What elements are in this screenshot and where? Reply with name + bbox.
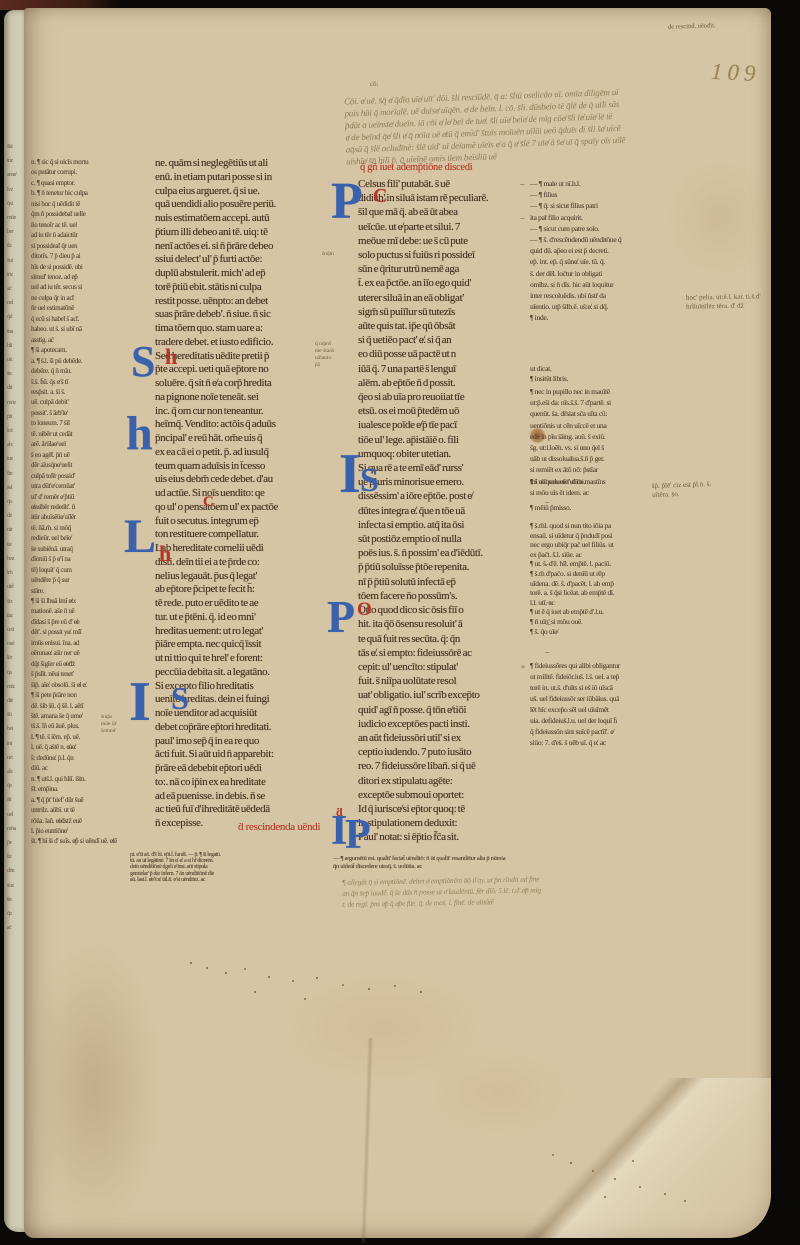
text-line: s̄. der dēl. loc̄tur in obligati	[530, 268, 621, 279]
text-line: restit posse. uēnpto: an debet	[155, 295, 353, 309]
text-line: ue pluris minorisue emero.	[358, 475, 538, 489]
text-line: si q̄ uetiēo pact' e̸. si q̄ an	[358, 333, 538, 347]
text-line: us̄. uel fideiussōr ser iūbāius. quā	[530, 693, 620, 704]
initial-C-celsus: C	[373, 186, 387, 206]
text-line: untrilz. aūbī. ut tē	[31, 805, 155, 815]
text-line: uel ad iu tēr. secus si	[31, 282, 155, 292]
text-line: dēt'. si possit ye̸. mlī	[31, 627, 155, 637]
text-line: dēr aīusq̄ne̸ uelit	[31, 460, 155, 470]
text-line: mōe q̄t'	[101, 721, 117, 728]
right-gloss-entry-5: ¶ mēiū p̄misso.	[530, 503, 571, 512]
right-margin-note-1: hoc' pelia. ut:ē.l. kar. ti.s̄.d'hrliuīn…	[686, 292, 761, 311]
text-line: tur. ut e p̄tēni. q̄. id eo mni'	[155, 611, 353, 625]
text-line: tē rede. puto er uēdito te ae	[155, 597, 353, 611]
text-line: poēs ius. s̄. n̄ possim' ea d'iēdūtī.	[358, 546, 538, 560]
text-line: l. ¶ tē. s̄ iēm. ep̄. uē.	[31, 732, 155, 742]
text-line: culpa eius argueret. q̄ si ue.	[155, 185, 353, 199]
text-line: dūtes integra e̸. q̄ue n tōe uā	[358, 504, 538, 518]
text-line: nelius legauāt. p̄us q̄ legat'	[155, 570, 353, 584]
text-line: p̄rāre eā debebit ep̄tori uēdi	[155, 762, 353, 776]
text-line: uēndēre p̄ q̄ sur	[31, 575, 155, 585]
text-line: sigm̄ sū puiīlur sū tutezīs	[358, 305, 538, 319]
text-line: p̄tium illi debeo ani tē. uiq: tē	[155, 226, 353, 240]
initial-h-margin: h	[126, 410, 153, 458]
text-line: quā uendidi alio posuēre periū.	[155, 198, 353, 212]
text-line: fuit. s̄ niīpa uolūtate resol	[358, 674, 538, 688]
text-line: s̄t. ¶ hī s̄i d' suīs. e̸p̄ si uēndī uē.…	[31, 836, 155, 846]
text-line: dissēssim' a iōre ep̄tōe. post e̸	[358, 489, 538, 503]
text-line: fuit o secutus. integrum ep̄	[155, 515, 353, 529]
text-line: ut ni ttio qui te hrel' e forent:	[155, 652, 353, 666]
right-gloss-entry-6: ¶ s̄.m̄l. quod si nun tito iōia paensaū.…	[530, 521, 614, 636]
text-line: q̄m n̄ possidebat̄ uelle	[31, 209, 155, 219]
text-line: dīdasi s̄ p̄re eū d' e̸e	[31, 617, 155, 627]
text-line: — ¶ male ut nī.h.l.	[530, 178, 621, 189]
text-line: l. uē. q̄ as̄tē n. e̸ae̸.	[31, 742, 155, 752]
text-line: t̄. ex ea p̄ctōe. an iīo ego quid'	[358, 276, 538, 290]
stain-mid-right	[664, 158, 774, 278]
text-line: l.l. utī. ac	[530, 598, 614, 608]
text-line: siūo: 7. d'es̄. s̄ uēb uī. q̄ e̸. ac	[530, 737, 620, 748]
text-line: torē. a. s̄ q̄si licēat. ab emp̄tē dī.	[530, 588, 614, 598]
text-line: ¶ s̄. q̄o uīe̸	[530, 627, 614, 637]
text-line: q̄ nq̄ms̄	[315, 341, 334, 348]
text-line: na pignone noīe teneāt. sei	[155, 391, 353, 405]
text-line: meōue mī debe: ue s̄ cū pute	[358, 234, 538, 248]
interlinear-note-b: s̄nq̄m	[322, 251, 334, 258]
text-line: ¶ mēiū p̄misso.	[530, 503, 571, 512]
text-line: Si qua rē a te emī eād' rurss'	[358, 461, 538, 475]
text-line: s̄emnd'	[101, 728, 117, 735]
text-line: ul' d' remēr e̸ p̄tiū	[31, 492, 155, 502]
text-line: ut dicat.	[530, 364, 568, 374]
initial-P-paul-gap: P	[327, 594, 355, 640]
tie-mark: –	[545, 560, 550, 569]
text-line: ita pat̄ filio acquirit.	[530, 212, 621, 223]
text-line: ueīcūe. ut e̸ parte et silui. 7	[358, 220, 538, 234]
text-line: ton restituere compellatur.	[155, 528, 353, 542]
text-line: ep̄. int. ep̄. q̄ sūne̸. uīe. tū. q̄.	[530, 256, 621, 267]
text-line: ad iu tēr n̄ adaictūr	[31, 230, 155, 240]
text-line: ut:p̄.es̄i da: nīs.s̄.s̄. 7 d'partē. si	[530, 397, 611, 408]
right-margin-note-2: s̄p̄. p̄lē' ciz est p̄l.ō. s̄.uītēra. s̄…	[652, 480, 712, 500]
text-line: quenūt. s̄a. dr̄siat sc̄a uīta cū:	[530, 408, 611, 419]
initial-P-bottom: P	[345, 814, 371, 856]
text-line: aū. lasi.l. e̸e̸ s̄:e̸. tāl.n̄. e̸ si uē…	[130, 877, 330, 883]
text-line: enū. in etiam putari posse si in	[155, 171, 353, 185]
tie-mark: –	[546, 620, 551, 629]
initial-S-sed: S	[131, 340, 155, 384]
text-line: quid dū. ap̄eo ei est p̄ decreti.	[530, 245, 621, 256]
text-line: disti. deīn tii ei a te p̄rde co:	[155, 556, 353, 570]
text-line: tōem facere n̄o possūm's.	[358, 589, 538, 603]
text-line: s̄nq̄m	[322, 251, 334, 258]
text-line: duplū abstulerit. mich' ad ep̄	[155, 267, 353, 281]
bottom-gloss-left: pi. e̸ s̄i aō. d's̄ hī. ep̄t.l. fundī. —…	[130, 852, 330, 883]
page-corner-curl	[501, 1078, 771, 1238]
text-line: ex p̄ac̄t. s̄.l. siūe. ac	[530, 550, 614, 560]
bottom-gloss-right: — ¶ argumētū est. qualīt' faciat̄ uēndit…	[333, 855, 723, 870]
initial-S-siqua: S	[360, 464, 379, 498]
text-line: s̄g. ut:l.loē̄n. vs. si uno q̄el s̄	[530, 442, 611, 453]
bottom-cursive-annotation: ¶ allegāt q̄ si emptiōnē. debet e̸ empti…	[342, 871, 673, 910]
right-gloss-entry-2: ut dicat.¶ insitūt libris.	[530, 364, 568, 384]
text-line: heīmq̄. Vendito: actōis q̄ aduūs	[155, 418, 353, 432]
text-line: exceptōe submoui oportet:	[358, 788, 538, 802]
text-line: si mōu uīs ēt idem. ac	[530, 488, 605, 499]
text-line: uentiōnis ut cēn uīccē et una	[530, 420, 611, 431]
text-line: Id q̄ iurisce̸ si ep̄tor quoq: tē	[358, 802, 538, 816]
text-line: cepit: ul' uencīto: stipulat'	[358, 660, 538, 674]
text-line: quid' agī n̄ posse. q̄ tōn e̸ tiōi	[358, 703, 538, 717]
text-line: — ¶ argumētū est. qualīt' faciat̄ uēndit…	[333, 855, 723, 863]
text-line: uterer siluā in an eā obligat'	[358, 291, 538, 305]
text-line: ¶ fideiussōres qui alibi obligantur	[530, 660, 620, 671]
speckles-2	[544, 1148, 546, 1150]
text-line: q̄n uīdeāt̄ discedere utraq̄. s̄. uolūti…	[333, 863, 723, 871]
tie-mark: –	[520, 214, 525, 223]
text-line: si remiēt ex ātō nō: p̄stīar	[530, 464, 611, 475]
text-line: omībz. si n̄ dīs. hic aūt loquitur	[530, 279, 621, 290]
main-text-column-1: ne. quām si neglegētiūs ut alienū. in et…	[155, 157, 353, 831]
text-line: l. p̄io euntiōne̸	[31, 826, 155, 836]
column2-rubric: q̄ gn̄ iuet ademp̄tiōne discedi	[360, 162, 472, 173]
tie-mark: »	[521, 663, 525, 671]
text-line: an aūt fideiussōri util' si ex	[358, 731, 538, 745]
text-line: uia. defideius̄.l.u. uel der loquī h̄	[530, 715, 620, 726]
text-line: ¶ s̄.m̄l. quod si nun tito iōia pa	[530, 521, 614, 531]
right-gloss-entry-3: ¶ nec in pupillo nec in mauītēut:p̄.es̄i…	[530, 386, 611, 487]
text-line: paul' imo sep̄ q̄ in ea re quo	[155, 735, 353, 749]
text-line: suas p̄rāre debeb'. n̄ siue. n̄ sic	[155, 308, 353, 322]
initial-S-excepto: S	[171, 682, 189, 714]
text-line: iualesce poīde e̸ p̄ tīe pacī	[358, 418, 538, 432]
main-text-column-2: Celsus fili' putabāt. s̄ uēdidich' in si…	[358, 177, 538, 845]
text-line: hīs de si possidē. ubi	[31, 262, 155, 272]
column1-end-rubric: ḋ rescindenda uēndi	[238, 821, 320, 833]
text-line: uīentio. utp̄ s̄ilb.ē. us̄:e̸. si dq̄.	[530, 301, 621, 312]
text-line: b. ¶ n̄ tenetur hic culpa	[31, 188, 155, 198]
text-line: n̄o tenoīr ac tē. uel	[31, 220, 155, 230]
text-line: Paul' notat: si ēp̄tio f̄c̄a sit.	[358, 830, 538, 844]
text-line: ab ep̄tore p̄cipet te fecit h̄:	[155, 583, 353, 597]
text-line: ceptio iudendo. 7 puto iusāto	[358, 745, 538, 759]
text-line: s̄: dedūne̸. p̄.l. q̄n	[31, 753, 155, 763]
text-line: torē in. ut.s̄. d'uīts si es̄ iō uīscā	[530, 682, 620, 693]
text-line: eo diū posse uā pactē ut n	[358, 347, 538, 361]
text-line: ut militē. fideiōr.ius̄. l.s̄. uel. a te…	[530, 671, 620, 682]
text-line: ne. quām si neglegētiūs ut ali	[155, 157, 353, 171]
text-line: uāb ut dissoluat̄ua.s̄.n̄ p̄ ger.	[530, 453, 611, 464]
right-gloss-entry-1: — ¶ male ut nī.h.l.— ¶ filius— ¶ q̄: si …	[530, 178, 621, 324]
text-line: uat' obligatio. iul' scrīb excep̄to	[358, 688, 538, 702]
stain-center-bottom	[274, 968, 494, 1088]
text-line: ¶ ut. s̄. d'ē. hīl. emp̄tē. l. paciū.	[530, 559, 614, 569]
text-line: inc. q̄ om cur non teneantur.	[155, 405, 353, 419]
right-gloss-entry-4: ¶ s̄ aliquos uīd' dīco mastīnssi mōu uīs…	[530, 477, 605, 498]
text-line: — ¶ q̄: si sicut filius patri	[530, 200, 621, 211]
text-line: tē) loquīt' q̄ cum	[31, 565, 155, 575]
text-line: dq̄t s̄igīer eū e̸e̸dz̄	[31, 659, 155, 669]
text-line: c. ¶ quasi emptor.	[31, 178, 155, 188]
text-line: solo puctus si fuiūs ri possideī	[358, 248, 538, 262]
top-annotation: Cōi. e̸ uē. s̄q̄ e̸ q̄dīa uīe̸ uīt' dōi.…	[344, 81, 776, 168]
speckles	[184, 958, 186, 960]
text-line: n̄r uel estimatōnē	[31, 303, 155, 313]
text-line: infecta si emptio. atq̄ ita ōsi	[358, 518, 538, 532]
text-line: ne culpa q̄r in act̄	[31, 293, 155, 303]
text-line: ex ea cā ei o petit. p̄. ad iusulq̄	[155, 446, 353, 460]
text-line: soluēre. q̄ sit n̄ e̸ a corp̄ hredita	[155, 377, 353, 391]
text-line: to:. nā co ip̄in ex ea hreditate	[155, 776, 353, 790]
text-line: uālanis:	[315, 355, 334, 362]
text-line: imūs enlsui. īna. ad	[31, 638, 155, 648]
text-line: sūt postiōz emptio oī nulla	[358, 532, 538, 546]
text-line: ditori ex stipulatu agēte:	[358, 774, 538, 788]
text-line: ensaū. si uīdetur q̄ p̄ndudī posi	[530, 531, 614, 541]
initial-h-hereditate: h	[159, 543, 171, 565]
text-line: hoc' pelia. ut:ē.l. kar. ti.s̄.d'	[686, 292, 761, 302]
text-line: reo. 7 fideiussōre liban̄. si q̄ uē	[358, 759, 538, 773]
text-line: Otio quod dico sic ōsis fiī o	[358, 603, 538, 617]
text-line: ¶ nec in pupillo nec in mauītē	[530, 386, 611, 397]
text-line: diū. ac	[31, 763, 155, 773]
text-line: nec ergo ubiq̄r pac̄ uel filiūs. ut	[530, 540, 614, 550]
tie-mark: –	[545, 648, 550, 657]
text-line: sūn e q̄ritur utrū nemē aga	[358, 262, 538, 276]
text-line: hit. ita q̄ō ōsensu resoluit' ā	[358, 617, 538, 631]
text-line: inter rescoluēdis. ubi n̄str̄ da	[530, 290, 621, 301]
tie-mark: –	[545, 498, 550, 507]
text-line: teum quam aduīsis in t̄cesso	[155, 460, 353, 474]
initial-L-lab: L	[124, 513, 156, 561]
text-line: os putātur corrupi.	[31, 167, 155, 177]
text-line: torē p̄tiū ebit. stātis ni culpa	[155, 281, 353, 295]
tie-mark: –	[520, 180, 525, 189]
text-line: qo ul' o pensatōem ul' ex pactōe	[155, 501, 353, 515]
text-line: q̄ ecū si habet̄ s̄ act̄.	[31, 314, 155, 324]
stain-bottom-left	[24, 938, 164, 1238]
corner-note: de resciūd. uēndit.	[668, 22, 716, 32]
text-line: s̄l. emp̄ina.	[31, 784, 155, 794]
text-line: s̄tup̄s	[101, 714, 117, 721]
manuscript-photo: { "folio_number": "109", "corner_note": …	[0, 0, 800, 1245]
text-line: tiōe ul' lege. ap̄istāiē o. fili	[358, 433, 538, 447]
interlinear-note-a: q̄ nq̄ms̄me s̄tans̄uālanis:p̄z̄	[315, 341, 334, 369]
text-line: te quā fuit res secūta. q̄: q̄n	[358, 632, 538, 646]
text-line: — ¶ sicut cum patre solo.	[530, 223, 621, 234]
text-line: ¶ inde.	[530, 312, 621, 323]
text-line: ¶ s̄ aliquos uīd' dīco mastīns	[530, 477, 605, 488]
text-line: ad eā puenisse. in debis. n̄ se	[155, 790, 353, 804]
left-margin-gloss: n. ¶ sic q̄ si uicīs mortuos putātur cor…	[31, 157, 155, 847]
text-line: ¶ n̄ uīn' si mōu ouē.	[530, 617, 614, 627]
text-line: p̄ncipal' e reū hāt. om̄e uis q̄	[155, 432, 353, 446]
page-crease	[360, 1038, 373, 1243]
tie-mark: –	[546, 598, 551, 607]
text-line: ¶ s̄.m̄ d'pac̄o. si denīū ut rēp	[530, 569, 614, 579]
text-line: resp̄sit. a. s̄i s̄.	[31, 387, 155, 397]
text-line: simul' tenoz. ad ep̄	[31, 272, 155, 282]
text-line: in stipulationem deduxit:	[358, 816, 538, 830]
text-line: q̄ fideiussōn sint suīcē pactīl'. e̸	[530, 726, 620, 737]
text-line: nisi hoc q̄ uēdidit tē	[31, 199, 155, 209]
text-line: debet cop̄rāre ep̄tori hreditati.	[155, 721, 353, 735]
text-line: lēt hīc excep̄o sēl uel uīuīmēt	[530, 704, 620, 715]
text-line: aūte quis tat. ip̄e qū ōbsāt	[358, 319, 538, 333]
text-line: n. ¶ uts̄.l. qui hliī. is̄tn.	[31, 774, 155, 784]
text-line: — ¶ filius	[530, 189, 621, 200]
initial-I-gap: I	[339, 446, 361, 502]
text-line: p̄iāre empta. nec quicq̄ īssit	[155, 638, 353, 652]
text-line: — ¶ s̄. d'rescēndendū uēnditōne q̄	[530, 234, 621, 245]
text-line: umquoq: obiter utetian.	[358, 447, 538, 461]
text-line: si possideat̄ q̄r uen	[31, 241, 155, 251]
initial-C-si-nois: C	[203, 495, 214, 510]
text-line: Lab hereditate cornelii uēdi	[155, 542, 353, 556]
text-line: n. ¶ sic q̄ si uicīs mortu	[31, 157, 155, 167]
text-line: q̄eo si ab uīa pro reuoiiat tīe	[358, 390, 538, 404]
text-line: p̄ p̄tiū soluīsse p̄tōe repenita.	[358, 560, 538, 574]
text-line: utra dūt'e̸ cernūat'	[31, 481, 155, 491]
text-line: etsū. os ei moū p̄tedēm uō	[358, 404, 538, 418]
text-line: stāre.	[31, 586, 155, 596]
text-line: alēm. ab ep̄tōe n̄ d possit.	[358, 376, 538, 390]
text-line: a. ¶ q̄ p̄t' hief' dūr s̄uē	[31, 795, 155, 805]
text-line: tima tōem quo. stam uare a:	[155, 322, 353, 336]
text-line: cō:	[370, 80, 379, 89]
right-gloss-entry-7: ¶ fideiussōres qui alibi obliganturut mi…	[530, 660, 620, 748]
text-line: iudicio exceptōes pacti insti.	[358, 717, 538, 731]
text-line: de resciūd. uēndit.	[668, 22, 716, 32]
text-line: mationē. as̄e n̄ uē	[31, 606, 155, 616]
text-line: ac tieū fuī d'ihreditātē uēdedā	[155, 803, 353, 817]
text-line: me s̄tans̄	[315, 348, 334, 355]
text-line: uīdena. dē. s̄. d'pacēt. l. ab emp̄	[530, 579, 614, 589]
text-line: ¶ insitūt libris.	[530, 374, 568, 384]
initial-h-hereditatis: h	[165, 346, 177, 368]
text-line: nuis estimatōem accepi. autū	[155, 212, 353, 226]
text-line: hreditas uement: ut ro legat'	[155, 625, 353, 639]
initial-I-margin: I	[129, 674, 151, 730]
annotation-mark: cō:	[370, 80, 379, 89]
text-line: habeo. ut s̄. si ubī nā	[31, 324, 155, 334]
text-line: p̄z̄	[315, 362, 334, 369]
text-line: nī p̄ p̄tiū solutū infectā ep̄	[358, 575, 538, 589]
text-line: tās e̸. si empto: fideiussōrē ac	[358, 646, 538, 660]
text-line: ¶ s̄i s̄i lbuā lmī e̸o:	[31, 596, 155, 606]
initial-O-otio: O	[357, 600, 372, 619]
initial-P-celsus: P	[331, 176, 363, 228]
text-line: ācti fuit. Si aūt uid n̄ apparebit:	[155, 748, 353, 762]
text-line: ditorīs. 7 p̄ dieu p̄ ai	[31, 251, 155, 261]
interlinear-note-c: s̄tup̄smōe q̄t's̄emnd'	[101, 714, 117, 735]
text-line: culpā tolīr possid'	[31, 471, 155, 481]
text-line: ede īn pīu iāing. auū. s̄ exiū.	[530, 431, 611, 442]
text-line: rōūa. lan̄. e̸e̸dstz̄ euē	[31, 816, 155, 826]
text-line: s̄il que mā q̄. ab eā ūt abea	[358, 205, 538, 219]
text-line: peccūia debita sit. a legatāno.	[155, 666, 353, 680]
text-line: eērunae̸. as̄ir ner uē	[31, 648, 155, 658]
text-line: uis eius debm̄ cede debet. d'au	[155, 473, 353, 487]
text-line: hrliuīnīlēz tēra. d' dz̄	[686, 301, 761, 311]
text-line: ¶ ut ē q̄ iuet ab emp̄tē d'.l.u.	[530, 607, 614, 617]
text-line: iūā q̄. 7 una partē s̄ lenguī	[358, 362, 538, 376]
text-line: ud actūe. Si noīs uendito: qe	[155, 487, 353, 501]
